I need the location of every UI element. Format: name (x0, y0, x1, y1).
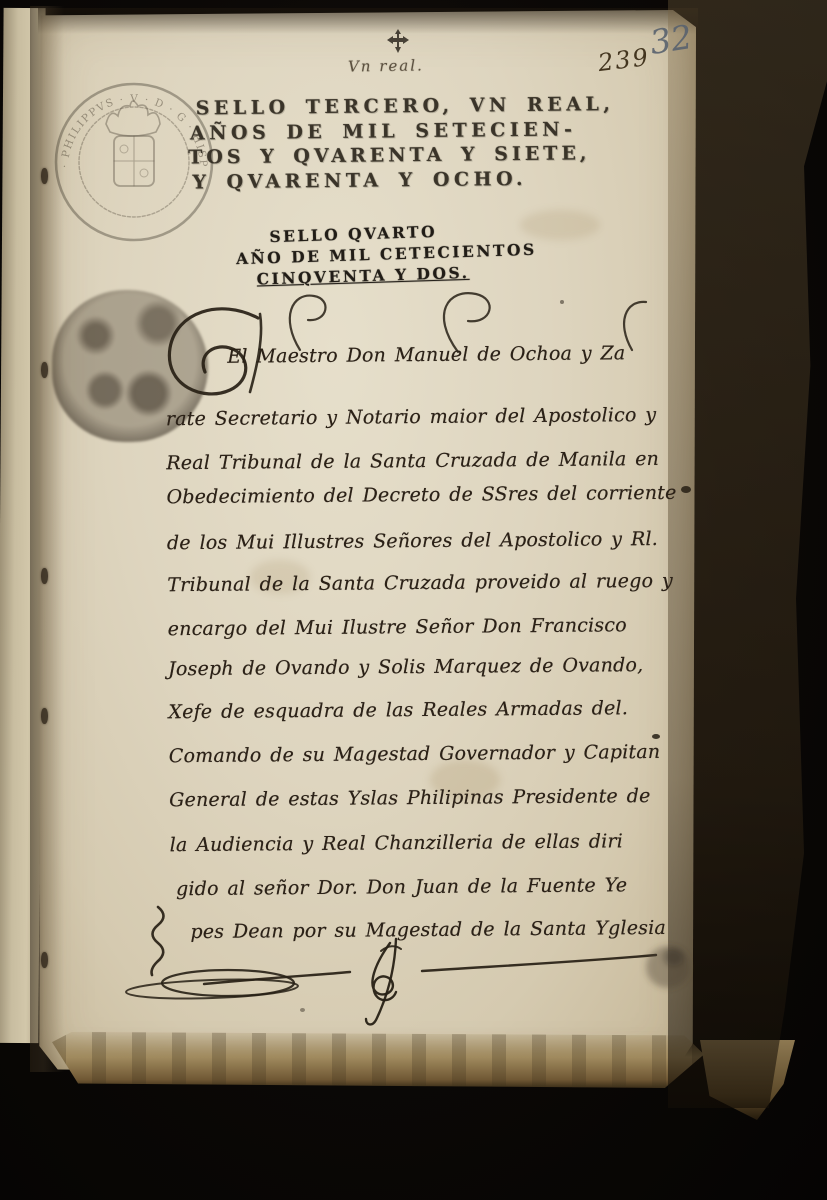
manuscript-line: Tribunal de la Santa Cruzada proveido al… (167, 570, 673, 596)
sello-quarto-stamp: SELLO QVARTO AÑO DE MIL CETECIENTOS CINQ… (235, 217, 567, 290)
ink-speck (681, 486, 691, 493)
manuscript-line: encargo del Mui Ilustre Señor Don Franci… (168, 614, 627, 640)
fee-note: Vn real. (348, 56, 424, 75)
photo-backdrop: Vn real. 239 32 SELLO TERCERO, VN REAL, … (0, 0, 827, 1200)
manuscript-line: General de estas Yslas Philipinas Presid… (169, 785, 650, 811)
ink-speck (560, 300, 564, 304)
binding-stitch (41, 708, 48, 724)
ink-speck (652, 734, 660, 739)
notary-rubric (366, 939, 401, 1024)
binding-stitch (41, 362, 48, 378)
page-top-shadow (38, 8, 698, 34)
binding-stitch (41, 952, 48, 968)
manuscript-line: Comando de su Magestad Governador y Capi… (169, 741, 661, 767)
ink-smudge (646, 946, 690, 988)
svg-text:· PHILIPPVS · V · D · G · HISP: · PHILIPPVS · V · D · G · HISPANIAR · RE… (48, 72, 209, 168)
closing-flourish (108, 893, 698, 1033)
cross-icon (386, 28, 410, 54)
manuscript-line: la Audiencia y Real Chanzilleria de ella… (170, 830, 624, 856)
manuscript-line: Real Tribunal de la Santa Cruzada de Man… (166, 448, 659, 474)
sello-tercero-stamp: SELLO TERCERO, VN REAL, AÑOS DE MIL SETE… (195, 92, 656, 195)
bottom-page-edge (52, 1032, 704, 1088)
binding-stitch (41, 568, 48, 584)
royal-seal-legend: · PHILIPPVS · V · D · G · HISPANIAR · RE… (48, 72, 209, 168)
ink-speck (300, 1008, 305, 1012)
manuscript-line: rate Secretario y Notario maior del Apos… (166, 404, 657, 430)
manuscript-line: de los Mui Illustres Señores del Apostol… (167, 528, 658, 554)
ascender-flourishes (240, 288, 660, 358)
binding-stitch (41, 168, 48, 184)
manuscript-text: El Maestro Don Manuel de Ochoa y Za rate… (165, 334, 683, 978)
manuscript-line: Joseph de Ovando y Solis Marquez de Ovan… (168, 654, 643, 680)
manuscript-line: Xefe de esquadra de las Reales Armadas d… (168, 697, 628, 723)
folio-number-crayon: 32 (647, 17, 695, 62)
manuscript-line: Obedecimiento del Decreto de SSres del c… (167, 482, 677, 508)
margin-squiggle (152, 907, 164, 975)
stamp-text-line: Y QVARENTA Y OCHO. (192, 165, 656, 194)
